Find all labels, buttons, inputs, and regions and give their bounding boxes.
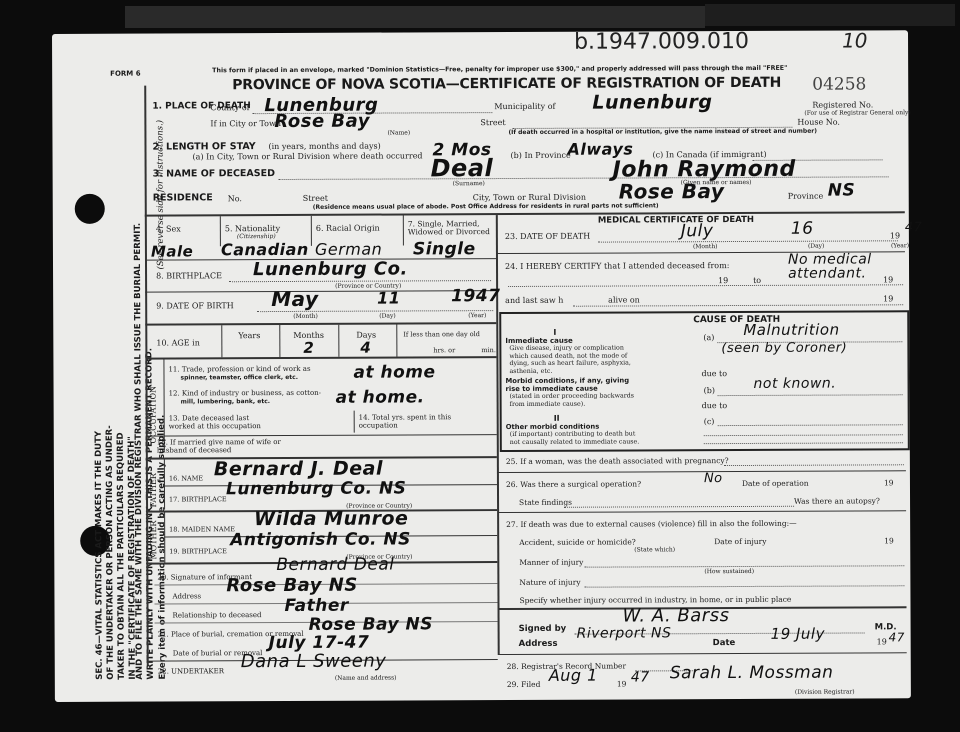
- findings-label: State findings: [519, 498, 572, 507]
- age-label: 10. AGE in: [156, 338, 200, 347]
- serial-number: 04258: [812, 74, 866, 94]
- stay-province-label: (b) In Province: [511, 151, 571, 160]
- dob-day: 11: [377, 288, 400, 307]
- filed-label: 29. Filed: [507, 680, 541, 689]
- attended-field-line: [508, 284, 903, 287]
- trade-label: 11. Trade, profession or kind of work as: [168, 365, 310, 374]
- trade-examples: spinner, teamster, office clerk, etc.: [180, 374, 298, 382]
- roman-numeral-one: I: [553, 328, 556, 337]
- cause-a-label: (a): [703, 333, 714, 342]
- row-divider: [145, 290, 496, 293]
- due-to-label: due to: [701, 369, 727, 378]
- residence-city-label: City, Town or Rural Division: [473, 193, 586, 202]
- surgery-label: 26. Was there a surgical operation?: [506, 479, 641, 489]
- physician-address-label: Address: [519, 639, 558, 649]
- death-certificate-document: b.1947.009.010 10 FORM 6 SEC. 46—VITAL S…: [52, 30, 911, 702]
- cell-divider: [338, 325, 339, 357]
- residence-province-value: NS: [828, 180, 856, 200]
- signed-by-value: W. A. Barss: [622, 605, 729, 626]
- nationality-label: 5. Nationality: [225, 224, 280, 233]
- cause-a-note: (seen by Coroner): [721, 341, 847, 357]
- birthplace-label: 8. BIRTHPLACE: [156, 271, 222, 280]
- age-months-value: 2: [303, 339, 314, 357]
- cell-divider: [403, 215, 404, 245]
- signature-year-prefix: 19: [877, 637, 887, 646]
- sex-label: 4. Sex: [156, 224, 181, 233]
- state-which-caption: (State which): [634, 546, 675, 553]
- nationality-value: Canadian: [221, 240, 309, 259]
- name-of-deceased-label: 3. NAME OF DECEASED: [153, 168, 275, 180]
- dod-year-prefix: 19: [890, 231, 900, 240]
- surname-caption: (Surname): [453, 180, 485, 187]
- findings-field-line: [564, 506, 794, 508]
- side-notice-line: OF THE UNDERTAKER OR PERSON ACTING AS UN…: [105, 425, 116, 680]
- specify-injury-label: Specify whether injury occurred in indus…: [519, 595, 791, 605]
- dob-day-caption: (Day): [379, 313, 395, 320]
- marital-status-label: 7. Single, Married, Widowed or Divorced: [408, 220, 496, 236]
- trade-value: at home: [353, 362, 435, 382]
- stay-province-value: Always: [567, 139, 633, 158]
- division-registrar-caption: (Division Registrar): [795, 689, 855, 696]
- age-days-value: 4: [360, 339, 371, 357]
- pregnancy-field-line: [724, 464, 904, 466]
- informant-address-value: Rose Bay NS: [226, 575, 357, 597]
- roman-numeral-two: II: [554, 414, 560, 423]
- racial-origin-value: German: [315, 240, 382, 259]
- row-divider: [498, 510, 906, 513]
- occupation-section-label: OCCUPATION: [147, 364, 158, 444]
- mother-section: MOTHER: [148, 516, 162, 560]
- mother-section-label: MOTHER: [148, 516, 159, 560]
- cause-b-value: not known.: [753, 376, 836, 392]
- archive-page-number: 10: [842, 28, 868, 52]
- row-divider: [145, 356, 496, 360]
- length-of-stay-label: 2. LENGTH OF STAY: [152, 141, 255, 152]
- street-label: Street: [480, 118, 505, 127]
- father-name-label: 16. NAME: [169, 474, 203, 482]
- row-divider: [145, 322, 496, 326]
- residence-no-label: No.: [228, 194, 242, 203]
- dod-day-caption: (Day): [808, 243, 824, 250]
- father-section-label: FATHER: [148, 464, 159, 508]
- injury-date-label: Date of injury: [714, 537, 766, 546]
- dod-field-line: [598, 240, 898, 242]
- nature-label: Nature of injury: [519, 578, 580, 587]
- mother-maiden-value: Wilda Munroe: [254, 507, 408, 530]
- municipality-value: Lunenburg: [592, 91, 712, 114]
- county-label: County of: [210, 103, 249, 112]
- mother-birthplace-label: 19. BIRTHPLACE: [169, 547, 227, 555]
- mail-notice: This form if placed in an envelope, mark…: [212, 65, 787, 75]
- stay-city-label: (a) In City, Town or Rural Division wher…: [193, 151, 423, 161]
- operation-date-label: Date of operation: [742, 479, 809, 488]
- alive-on-label: alive on: [608, 295, 640, 304]
- dob-year: 1947: [451, 286, 500, 306]
- relationship-value: Father: [284, 596, 348, 616]
- row-divider: [146, 434, 497, 437]
- last-worked-label: 13. Date deceased last worked at this oc…: [169, 414, 274, 430]
- sex-value: Male: [151, 242, 193, 260]
- undertaker-value: Dana L Sweeny: [241, 651, 387, 673]
- registrar-use-caption: (For use of Registrar General only): [804, 109, 910, 116]
- relationship-label: Relationship to deceased: [173, 611, 262, 619]
- division-registrar-signature: Sarah L. Mossman: [670, 663, 834, 684]
- morbid-conditions-label: Morbid conditions, if any, giving rise t…: [506, 376, 646, 393]
- industry-label: 12. Kind of industry or business, as cot…: [169, 389, 322, 398]
- father-birthplace-value: Lunenburg Co. NS: [226, 478, 407, 499]
- spouse-label: 15. If married give name of wife or husb…: [157, 438, 287, 455]
- section-divider: [145, 211, 905, 216]
- autopsy-label: Was there an autopsy?: [794, 496, 880, 505]
- cell-divider: [354, 411, 355, 433]
- pregnancy-label: 25. If a woman, was the death associated…: [506, 456, 729, 466]
- cell-divider: [221, 325, 222, 357]
- how-sustained-caption: (How sustained): [704, 568, 754, 575]
- filed-year-prefix: 19: [617, 680, 627, 689]
- city-value: Rose Bay: [274, 111, 370, 132]
- age-less-than-day-label: If less than one day old: [403, 330, 480, 338]
- age-years-label: Years: [238, 331, 260, 340]
- cell-divider: [279, 325, 280, 357]
- operation-date-19: 19: [884, 478, 894, 487]
- residence-note: (Residence means usual place of abode. P…: [313, 202, 659, 211]
- burial-place-value: Rose Bay NS: [309, 614, 433, 635]
- attended-to-label: to: [753, 276, 761, 285]
- municipality-label: Municipality of: [494, 102, 555, 111]
- name-field-line: [279, 176, 889, 180]
- nature-field-line: [584, 585, 904, 587]
- registered-no-label: Registered No.: [812, 100, 873, 109]
- dob-month-caption: (Month): [293, 313, 318, 320]
- side-notice-line: AND TO FILE THE SAME WITH THE DIVISION R…: [133, 223, 145, 680]
- marital-status-value: Single: [413, 239, 476, 259]
- filed-date-value: Aug 1: [549, 666, 598, 685]
- immediate-cause-desc: Give disease, injury or complication whi…: [509, 344, 643, 375]
- place-of-death-label: 1. PLACE OF DEATH: [152, 101, 204, 111]
- row-divider: [498, 470, 906, 473]
- manner-label: Manner of injury: [519, 558, 583, 567]
- date-of-death-label: 23. DATE OF DEATH: [505, 232, 590, 241]
- mother-maiden-label: 18. MAIDEN NAME: [169, 525, 235, 533]
- side-notice-line: TAKER TO OBTAIN ALL THE PARTICULARS REQU…: [116, 432, 127, 679]
- certify-value: No medical attendant.: [788, 252, 898, 280]
- dob-month: May: [271, 287, 318, 311]
- total-years-label: 14. Total yrs. spent in this occupation: [359, 413, 484, 430]
- physician-address-value: Riverport NS: [577, 625, 672, 641]
- other-morbid-desc: (if important) contributing to death but…: [510, 430, 644, 446]
- signature-date-label: Date: [713, 638, 736, 648]
- informant-address-label: Address: [172, 592, 201, 600]
- mother-birthplace-value: Antigonish Co. NS: [230, 529, 411, 550]
- form-label: FORM 6: [110, 70, 140, 78]
- last-saw-19: 19: [883, 294, 893, 303]
- occupation-section: OCCUPATION: [147, 364, 161, 450]
- due-to-label: due to: [702, 401, 728, 410]
- date-of-birth-label: 9. DATE OF BIRTH: [156, 301, 234, 310]
- residence-province-label: Province: [788, 192, 824, 201]
- city-label: If in City or Town: [210, 119, 281, 128]
- hospital-note: (If death occurred in a hospital or inst…: [508, 128, 817, 136]
- age-hrs-label: hrs. or: [433, 346, 455, 354]
- certify-label: 24. I HEREBY CERTIFY that I attended dec…: [505, 261, 729, 271]
- informant-signature-value: Bernard Deal: [276, 555, 394, 576]
- undertaker-caption: (Name and address): [335, 675, 397, 682]
- section-divider: [164, 460, 165, 510]
- racial-origin-label: 6. Racial Origin: [316, 224, 380, 233]
- side-notice-line: SEC. 46—VITAL STATISTICS ACT MAKES IT TH…: [94, 431, 105, 680]
- dod-year: 47: [905, 220, 923, 235]
- filed-year: 47: [631, 669, 650, 685]
- surgery-value: No: [704, 471, 723, 486]
- signature-date-value: 19 July: [771, 625, 825, 643]
- row-divider: [499, 652, 907, 655]
- external-causes-label: 27. If death was due to external causes …: [506, 519, 797, 529]
- dod-month: July: [681, 221, 714, 241]
- residence-label: RESIDENCE: [153, 192, 213, 203]
- father-birthplace-label: 17. BIRTHPLACE: [169, 495, 227, 503]
- attended-to-19: 19: [883, 275, 893, 284]
- deceased-surname: Deal: [431, 154, 494, 182]
- industry-examples: mill, lumbering, bank, etc.: [181, 398, 270, 405]
- residence-street-label: Street: [303, 194, 328, 203]
- immediate-cause-label: Immediate cause: [505, 337, 572, 345]
- last-saw-field-line: [573, 304, 903, 306]
- last-saw-label: and last saw h: [505, 296, 563, 305]
- undertaker-label: 22. UNDERTAKER: [158, 667, 224, 675]
- scanner-background-strip: [125, 6, 705, 28]
- age-min-label: min.: [481, 346, 496, 354]
- name-caption: (Name): [387, 129, 410, 136]
- dod-year-caption: (Year): [891, 242, 909, 249]
- residence-city-value: Rose Bay: [619, 179, 725, 203]
- cause-a-value: Malnutrition: [743, 321, 839, 339]
- birthplace-value: Lunenburg Co.: [253, 258, 408, 280]
- industry-value: at home.: [336, 387, 425, 407]
- injury-date-19: 19: [884, 536, 894, 545]
- father-section: FATHER: [148, 464, 162, 508]
- cause-c-label: (c): [704, 417, 715, 426]
- archive-accession-number: b.1947.009.010: [574, 29, 749, 55]
- scanner-background-strip: [705, 4, 955, 26]
- morbid-conditions-desc: (stated in order proceeding backwards fr…: [510, 392, 644, 408]
- dob-year-caption: (Year): [468, 312, 486, 319]
- signed-by-label: Signed by: [519, 624, 567, 634]
- cell-divider: [396, 324, 397, 356]
- dod-month-caption: (Month): [693, 243, 718, 250]
- signature-year: 47: [889, 630, 905, 644]
- attended-from-19: 19: [718, 276, 728, 285]
- dod-day: 16: [791, 219, 814, 239]
- cause-b-label: (b): [704, 386, 715, 395]
- cell-divider: [311, 216, 312, 246]
- length-of-stay-qualifier: (in years, months and days): [268, 142, 380, 151]
- medical-certificate-heading: MEDICAL CERTIFICATE OF DEATH: [598, 215, 754, 226]
- father-name-value: Bernard J. Deal: [214, 458, 383, 481]
- accident-label: Accident, suicide or homicide?: [519, 537, 636, 547]
- house-no-label: House No.: [797, 118, 840, 127]
